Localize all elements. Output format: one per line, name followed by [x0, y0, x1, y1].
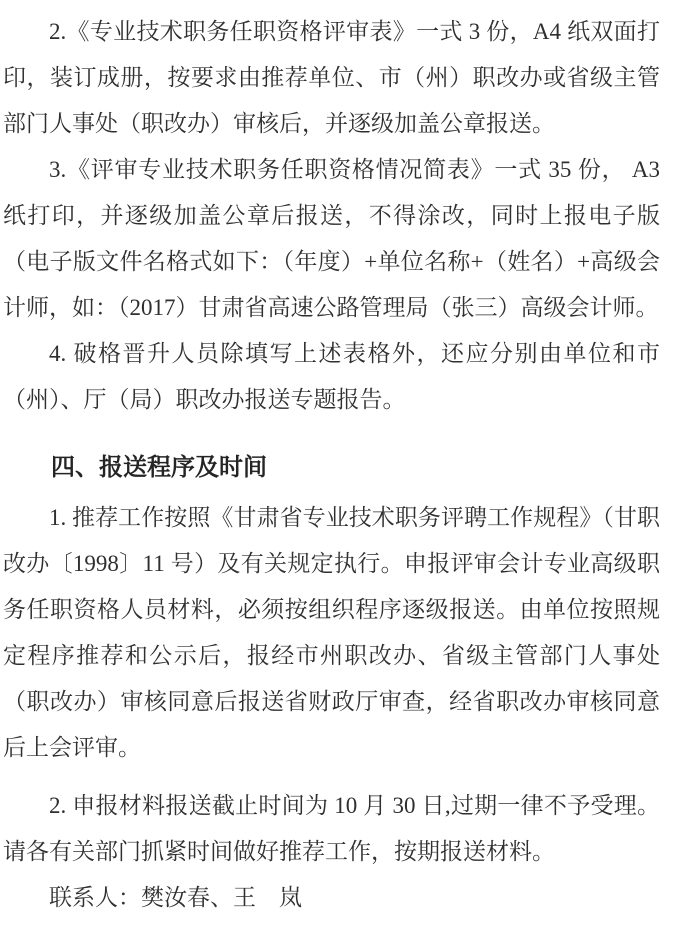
para-submission-deadline: 2. 申报材料报送截止时间为 10 月 30 日,过期一律不予受理。请各有关部门… — [3, 783, 660, 875]
contact-line: 联系人：樊汝春、王 岚 — [3, 875, 660, 921]
para-summary-table: 3.《评审专业技术职务任职资格情况简表》一式 35 份， A3 纸打印，并逐级加… — [3, 147, 660, 331]
document-page: 2.《专业技术职务任职资格评审表》一式 3 份，A4 纸双面打印，装订成册，按要… — [0, 0, 678, 941]
section-heading-submission-procedure: 四、报送程序及时间 — [3, 445, 660, 491]
para-exceptional-promotion: 4. 破格晋升人员除填写上述表格外，还应分别由单位和市（州）、厅（局）职改办报送… — [3, 331, 660, 423]
para-recommendation-procedure: 1. 推荐工作按照《甘肃省专业技术职务评聘工作规程》（甘职改办〔1998〕11 … — [3, 495, 660, 771]
para-appraisal-form: 2.《专业技术职务任职资格评审表》一式 3 份，A4 纸双面打印，装订成册，按要… — [3, 9, 660, 147]
